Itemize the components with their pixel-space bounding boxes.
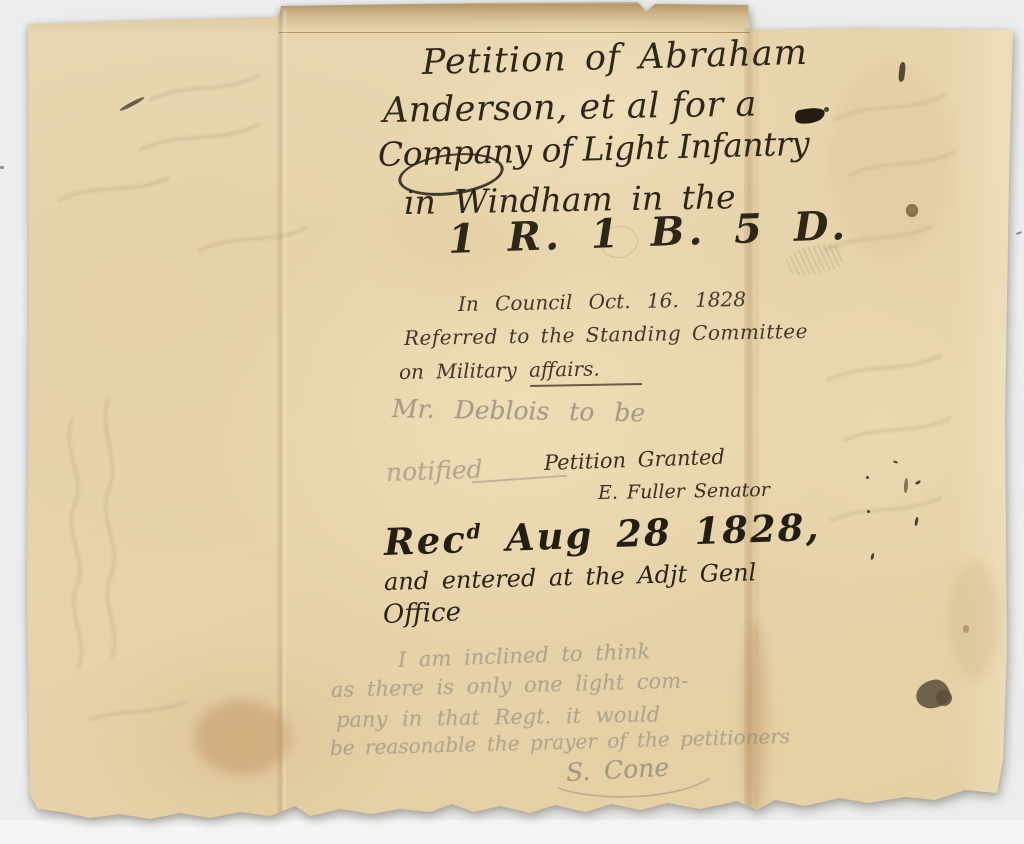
- clerk-pencil-note-line-1: Mr. Deblois to be: [392, 396, 646, 425]
- docket-title-line-1: Petition of Abraham: [422, 36, 809, 81]
- clerk-pencil-note-line-2: notified: [386, 457, 483, 485]
- received-prefix: Rec: [383, 517, 467, 564]
- council-note-line-1: In Council Oct. 16. 1828: [458, 289, 746, 314]
- signature-flourish: [552, 770, 722, 802]
- docket-title-line-2: Anderson, et al for a: [383, 87, 757, 129]
- reviewer-note-line-3: pany in that Regt. it would: [336, 704, 660, 731]
- paper-stain: [950, 560, 1000, 680]
- paper-drop-shadow: Petition of Abraham Anderson, et al for …: [0, 0, 1024, 844]
- received-note-line-3: Office: [383, 599, 462, 628]
- ink-blot-dot: [824, 107, 829, 112]
- paper-stain: [742, 620, 768, 810]
- council-note-line-2: Referred to the Standing Committee: [404, 321, 808, 348]
- petition-docket-paper: Petition of Abraham Anderson, et al for …: [0, 0, 1024, 844]
- ink-speck: [866, 476, 869, 479]
- granted-note-signature: E. Fuller Senator: [598, 481, 770, 503]
- brown-spot: [906, 204, 918, 217]
- council-note-line-3: on Military affairs.: [399, 358, 600, 382]
- scanned-document-scene: Petition of Abraham Anderson, et al for …: [0, 0, 1024, 844]
- red-speck: [963, 625, 969, 633]
- ink-blob-lobe: [936, 690, 952, 706]
- received-superscript: d: [466, 519, 483, 544]
- paper-stain: [195, 700, 290, 775]
- ink-speck: [867, 510, 870, 513]
- docket-title-line-3: Company of Light Infantry: [378, 127, 810, 171]
